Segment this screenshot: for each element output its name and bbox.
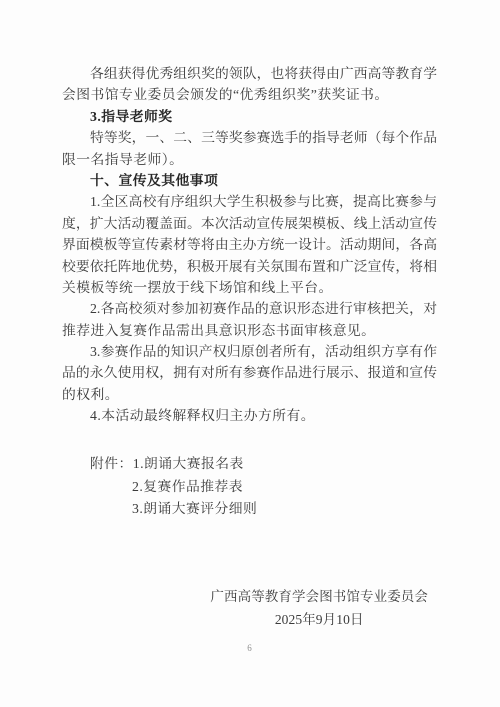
- page-number: 6: [0, 643, 500, 653]
- heading-line: 十、宣传及其他事项: [62, 170, 437, 191]
- document-body: 各组获得优秀组织奖的领队，也将获得由广西高等教育学会图书馆专业委员会颁发的“优秀…: [62, 63, 437, 427]
- text-line: 2.复赛作品推荐表: [62, 476, 437, 499]
- closing-inner: 广西高等教育学会图书馆专业委员会 2025年9月10日: [210, 585, 428, 631]
- attachment-list: 附件：1.朗诵大赛报名表2.复赛作品推荐表3.朗诵大赛评分细则: [62, 453, 437, 521]
- text-line: 3.朗诵大赛评分细则: [62, 498, 437, 521]
- text-line: 3.参赛作品的知识产权归原创者所有，活动组织方享有作: [62, 341, 437, 362]
- text-line: 度，扩大活动覆盖面。本次活动宣传展架模板、线上活动宣传: [62, 213, 437, 234]
- text-line: 各组获得优秀组织奖的领队，也将获得由广西高等教育学: [62, 63, 437, 84]
- heading-line: 3.指导老师奖: [62, 106, 437, 127]
- text-line: 4.本活动最终解释权归主办方所有。: [62, 405, 437, 426]
- text-line: 会图书馆专业委员会颁发的“优秀组织奖”获奖证书。: [62, 84, 437, 105]
- text-line: 限一名指导老师）。: [62, 149, 437, 170]
- text-line: 校要依托阵地优势，积极开展有关氛围布置和广泛宣传，将相: [62, 256, 437, 277]
- text-line: 的权利。: [62, 384, 437, 405]
- text-line: 2.各高校须对参加初赛作品的意识形态进行审核把关，对: [62, 298, 437, 319]
- closing-date: 2025年9月10日: [210, 608, 428, 631]
- text-line: 界面模板等宣传素材等将由主办方统一设计。活动期间，各高: [62, 234, 437, 255]
- text-line: 1.全区高校有序组织大学生积极参与比赛，提高比赛参与: [62, 191, 437, 212]
- closing-signature: 广西高等教育学会图书馆专业委员会: [210, 585, 428, 608]
- text-line: 附件：1.朗诵大赛报名表: [62, 453, 437, 476]
- closing-block: 广西高等教育学会图书馆专业委员会 2025年9月10日: [62, 585, 437, 631]
- document-page: 各组获得优秀组织奖的领队，也将获得由广西高等教育学会图书馆专业委员会颁发的“优秀…: [0, 0, 500, 707]
- text-line: 特等奖，一、二、三等奖参赛选手的指导老师（每个作品: [62, 127, 437, 148]
- text-line: 推荐进入复赛作品需出具意识形态书面审核意见。: [62, 320, 437, 341]
- text-line: 关模板等统一摆放于线下场馆和线上平台。: [62, 277, 437, 298]
- text-line: 品的永久使用权，拥有对所有参赛作品进行展示、报道和宣传: [62, 362, 437, 383]
